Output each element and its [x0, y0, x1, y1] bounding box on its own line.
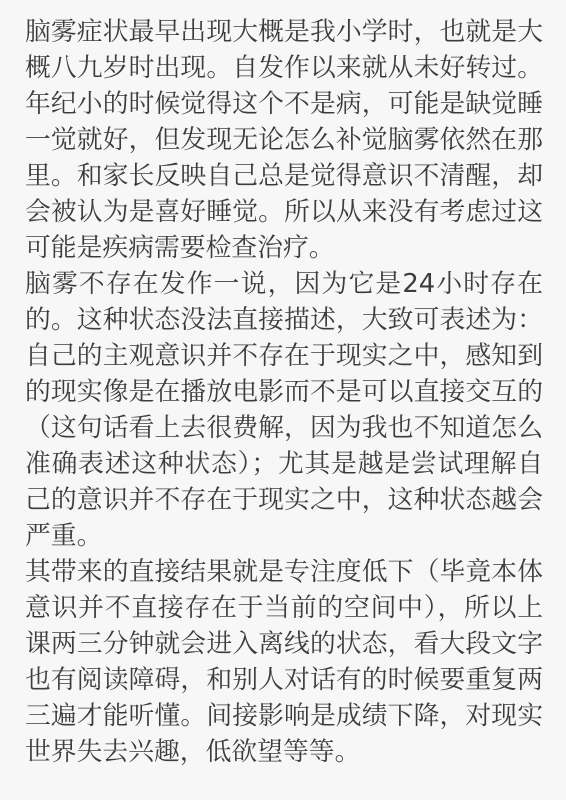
paragraph-consequences: 其带来的直接结果就是专注度低下（毕竟本体意识并不直接存在于当前的空间中），所以上…: [25, 554, 543, 770]
text-screenshot-page: 脑雾症状最早出现大概是我小学时，也就是大概八九岁时出现。自发作以来就从未好转过。…: [0, 0, 566, 800]
paragraph-symptom-onset: 脑雾症状最早出现大概是我小学时，也就是大概八九岁时出现。自发作以来就从未好转过。…: [25, 14, 543, 266]
paragraph-state-description: 脑雾不存在发作一说，因为它是24小时存在的。这种状态没法直接描述，大致可表述为：…: [25, 266, 543, 554]
text-body: 脑雾症状最早出现大概是我小学时，也就是大概八九岁时出现。自发作以来就从未好转过。…: [25, 14, 543, 770]
